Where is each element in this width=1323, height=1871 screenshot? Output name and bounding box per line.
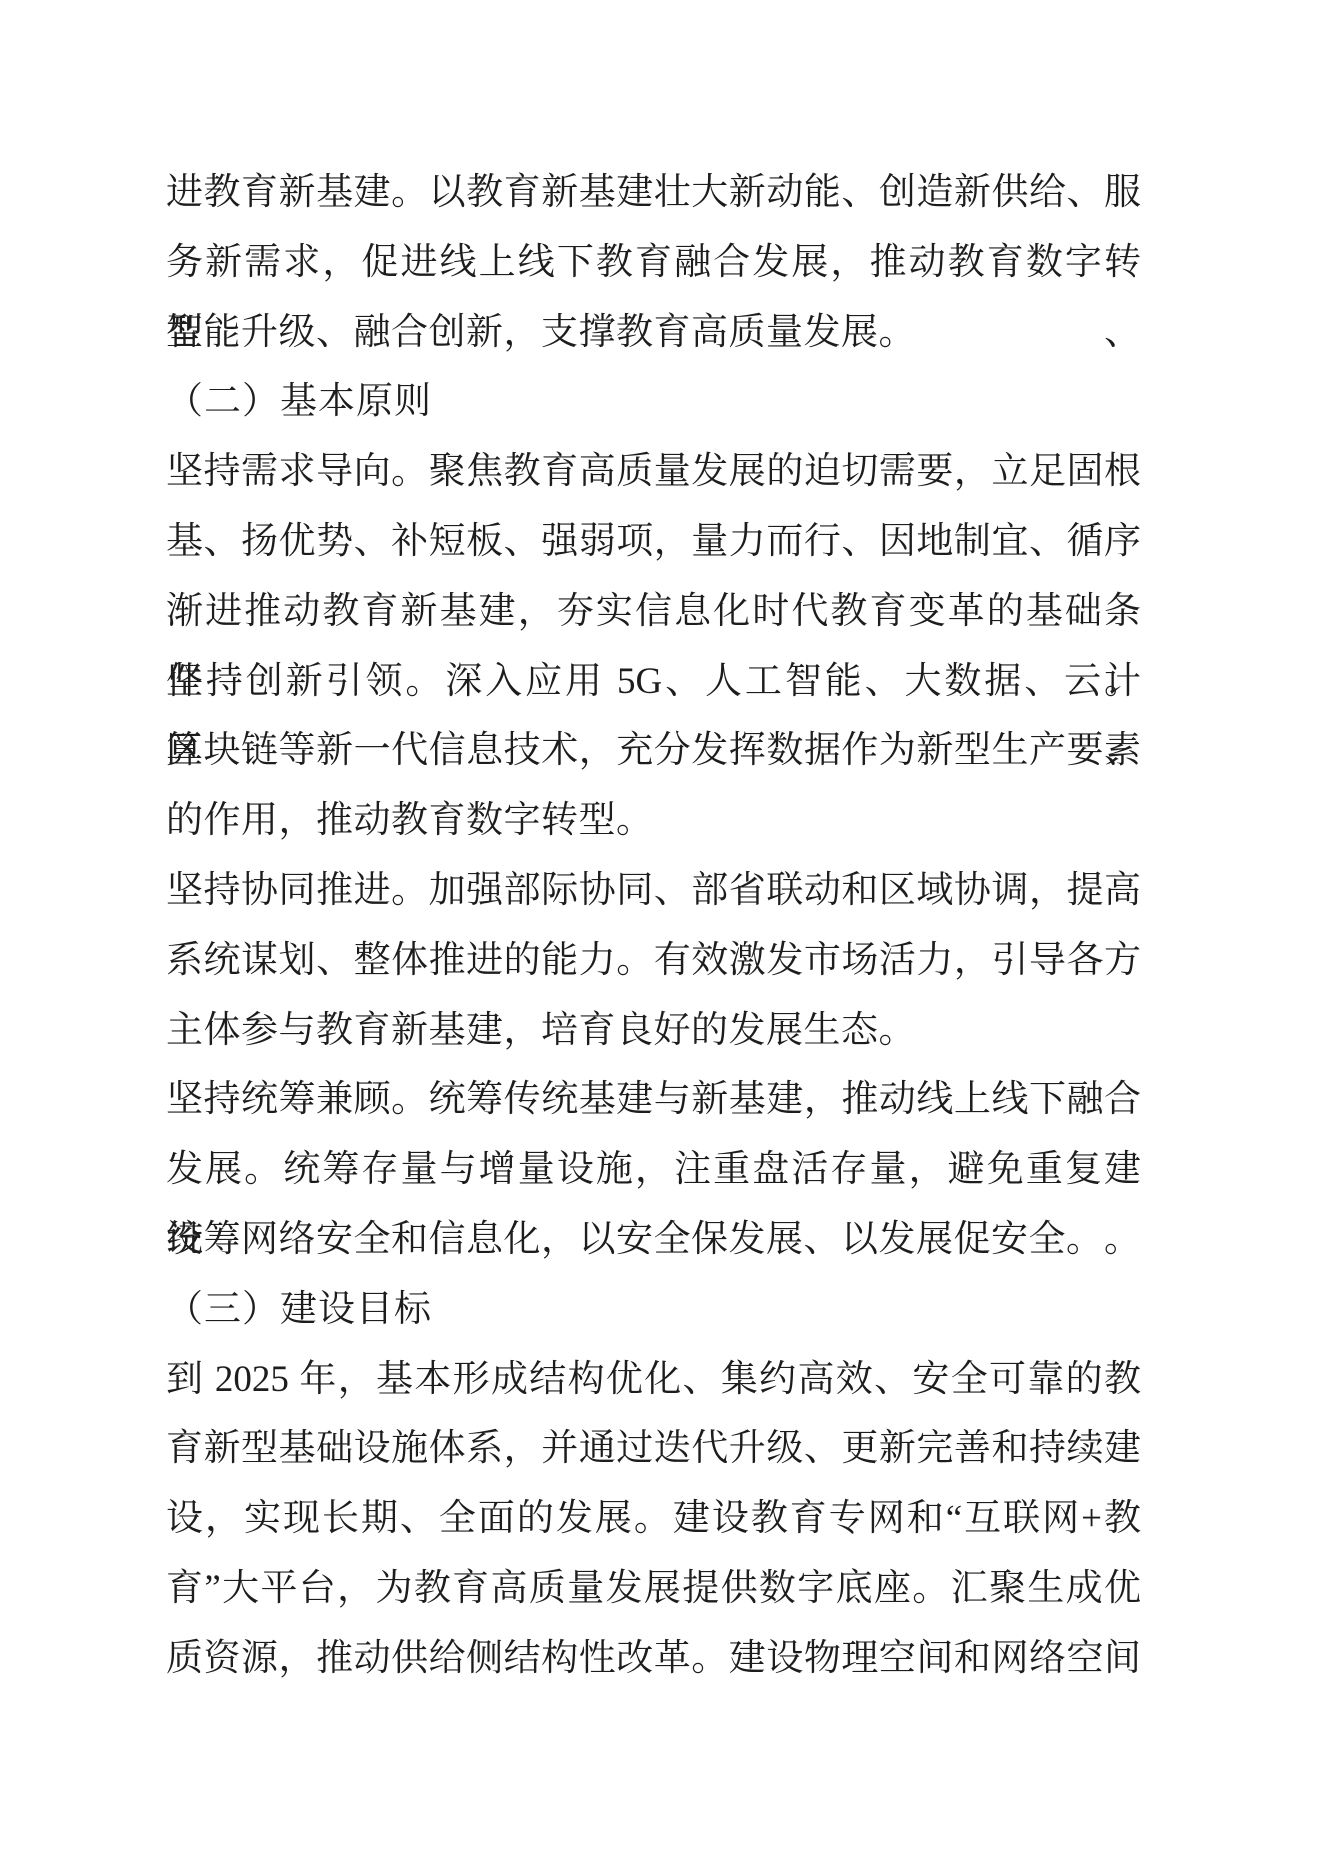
text-line: 育”大平台，为教育高质量发展提供数字底座。汇聚生成优 xyxy=(166,1554,1141,1624)
text-line-paragraph-end: 主体参与教育新基建，培育良好的发展生态。 xyxy=(166,996,1141,1066)
text-line: 坚持创新引领。深入应用 5G、人工智能、大数据、云计算、 xyxy=(166,647,1141,717)
text-line: 坚持协同推进。加强部际协同、部省联动和区域协调，提高 xyxy=(166,856,1141,926)
text-line: 质资源，推动供给侧结构性改革。建设物理空间和网络空间 xyxy=(166,1624,1141,1694)
document-page: 进教育新基建。以教育新基建壮大新动能、创造新供给、服 务新需求，促进线上线下教育… xyxy=(0,0,1323,1871)
section-heading-basic-principles: （二）基本原则 xyxy=(166,367,1141,437)
text-line: 务新需求，促进线上线下教育融合发展，推动教育数字转型、 xyxy=(166,228,1141,298)
text-line: 育新型基础设施体系，并通过迭代升级、更新完善和持续建 xyxy=(166,1414,1141,1484)
text-line: 坚持统筹兼顾。统筹传统基建与新基建，推动线上线下融合 xyxy=(166,1065,1141,1135)
document-body-text: 进教育新基建。以教育新基建壮大新动能、创造新供给、服 务新需求，促进线上线下教育… xyxy=(166,158,1141,1694)
text-line: 坚持需求导向。聚焦教育高质量发展的迫切需要，立足固根 xyxy=(166,437,1141,507)
text-line: 进教育新基建。以教育新基建壮大新动能、创造新供给、服 xyxy=(166,158,1141,228)
text-line: 系统谋划、整体推进的能力。有效激发市场活力，引导各方 xyxy=(166,926,1141,996)
text-line: 基、扬优势、补短板、强弱项，量力而行、因地制宜、循序 xyxy=(166,507,1141,577)
text-line-paragraph-end: 统筹网络安全和信息化，以安全保发展、以发展促安全。 xyxy=(166,1205,1141,1275)
text-line: 到 2025 年，基本形成结构优化、集约高效、安全可靠的教 xyxy=(166,1345,1141,1415)
text-line-paragraph-end: 的作用，推动教育数字转型。 xyxy=(166,786,1141,856)
text-line: 渐进推动教育新基建，夯实信息化时代教育变革的基础条件。 xyxy=(166,577,1141,647)
section-heading-construction-goals: （三）建设目标 xyxy=(166,1275,1141,1345)
text-line: 设，实现长期、全面的发展。建设教育专网和“互联网+教 xyxy=(166,1484,1141,1554)
text-line: 发展。统筹存量与增量设施，注重盘活存量，避免重复建设。 xyxy=(166,1135,1141,1205)
text-line: 区块链等新一代信息技术，充分发挥数据作为新型生产要素 xyxy=(166,716,1141,786)
